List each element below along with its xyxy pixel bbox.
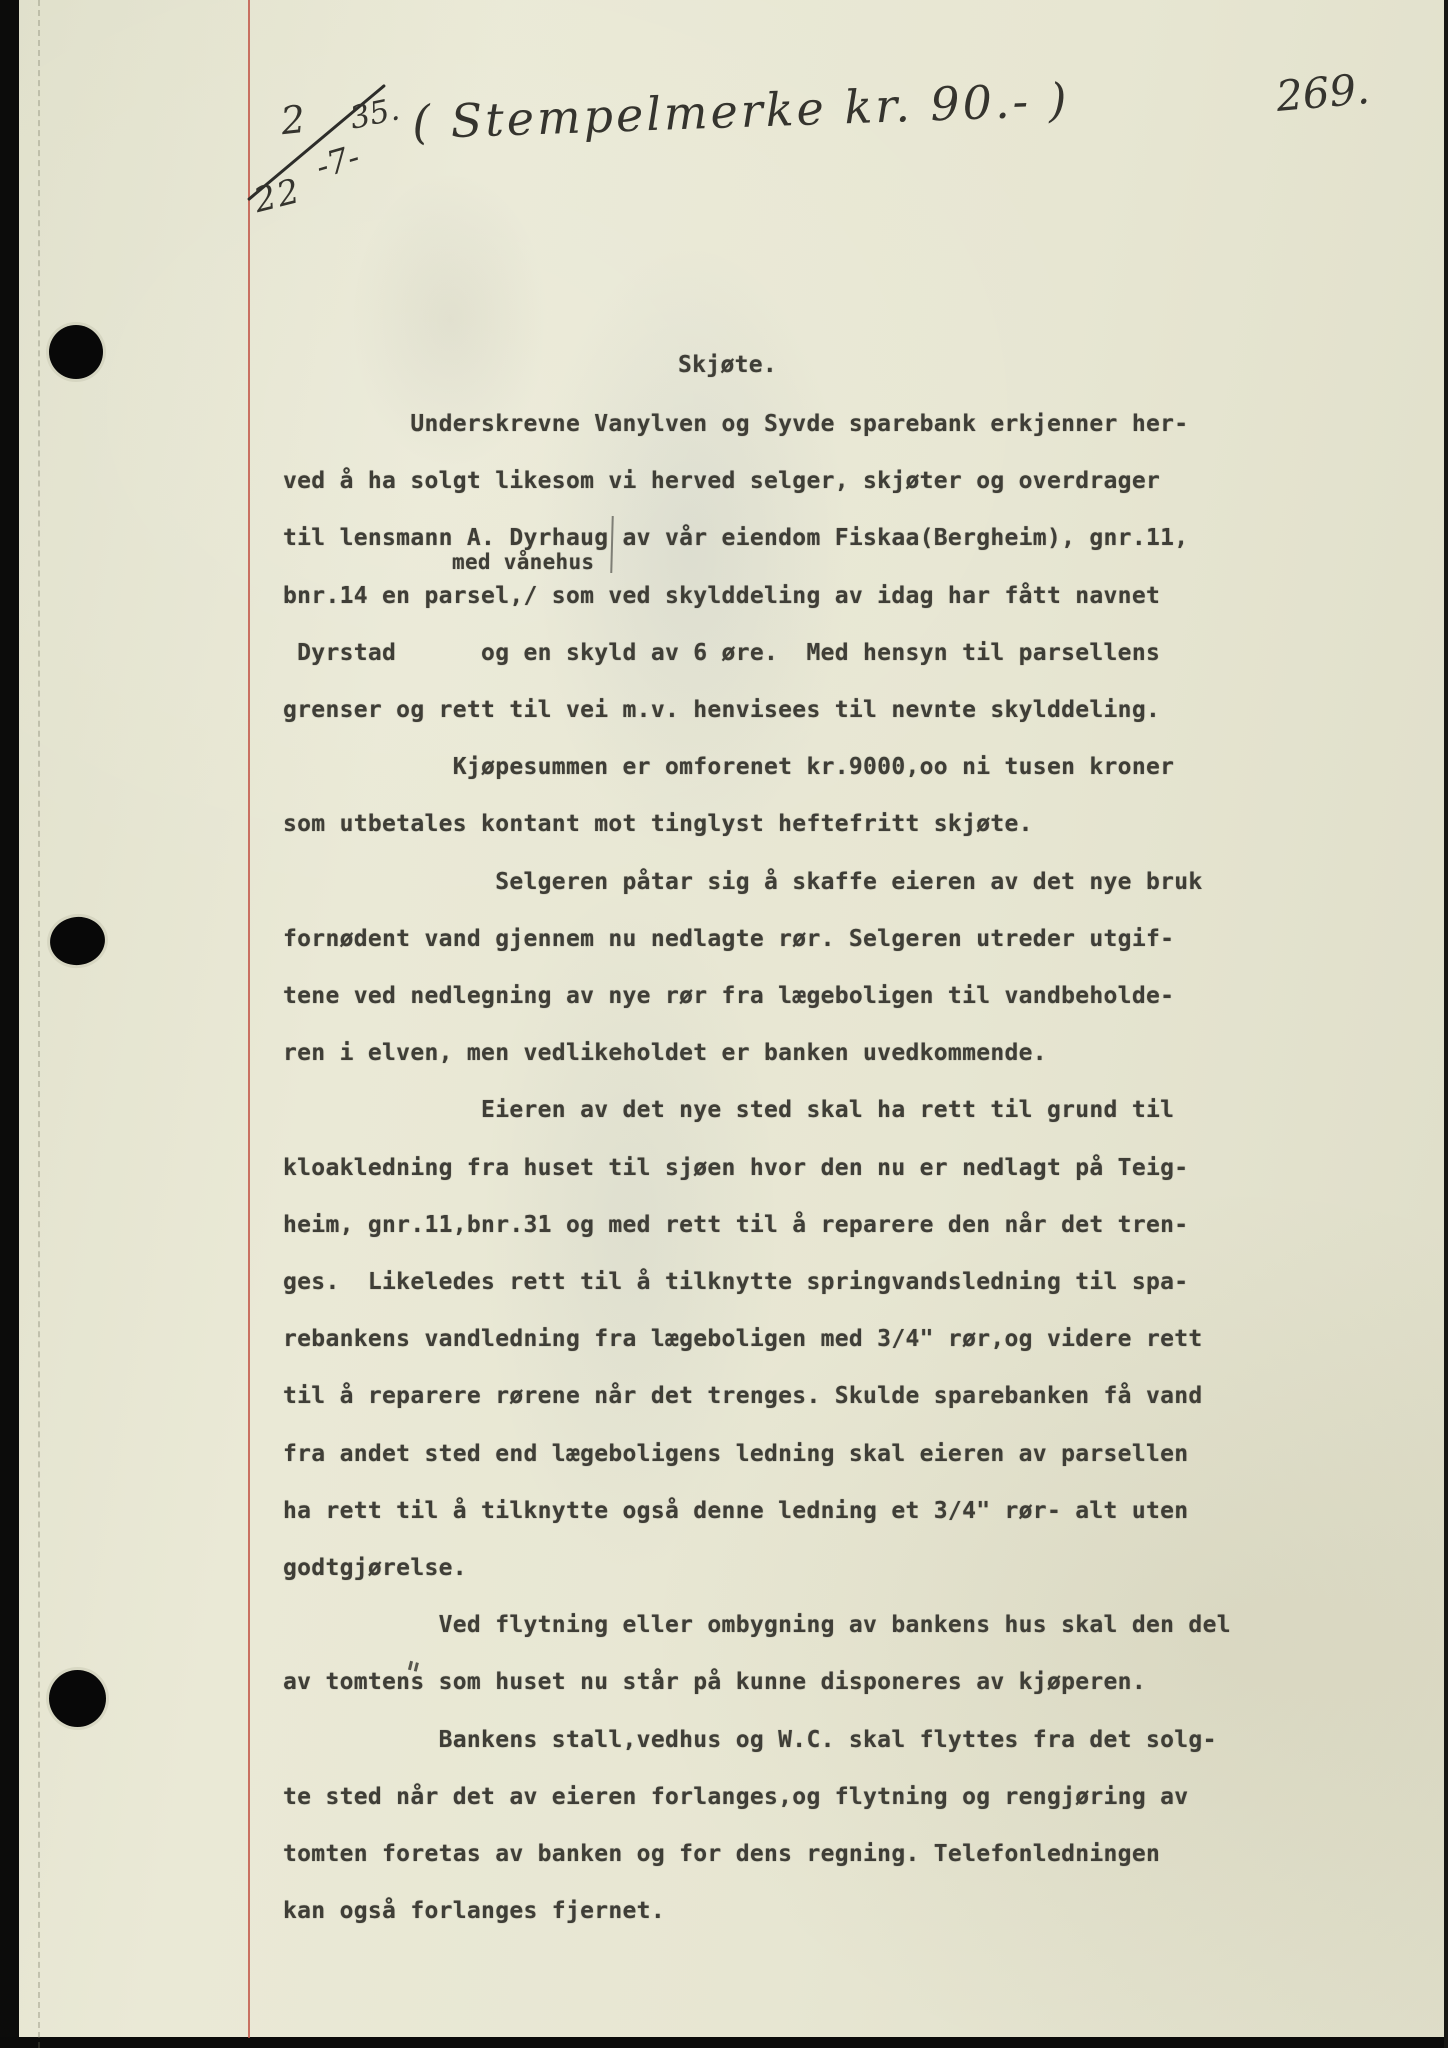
scan-edge-left	[0, 0, 19, 2048]
handwritten-date-day: 22	[250, 171, 306, 221]
typed-line: Dyrstad og en skyld av 6 øre. Med hensyn…	[283, 625, 1231, 682]
punch-hole	[49, 325, 103, 379]
typed-line: kloakledning fra huset til sjøen hvor de…	[283, 1140, 1231, 1197]
typed-line: av tomtens som huset nu står på kunne di…	[283, 1654, 1231, 1711]
typed-line: fornødent vand gjennem nu nedlagte rør. …	[283, 911, 1231, 968]
typed-line: bnr.14 en parsel,/ som ved skylddeling a…	[283, 568, 1231, 625]
punch-hole	[49, 1670, 106, 1727]
typed-line: Kjøpesummen er omforenet kr.9000,oo ni t…	[283, 739, 1231, 796]
perforation-dotted-line	[38, 0, 40, 2048]
typed-line: ges. Likeledes rett til å tilknytte spri…	[283, 1254, 1231, 1311]
typed-line: Bankens stall,vedhus og W.C. skal flytte…	[283, 1712, 1231, 1769]
typed-line: godtgjørelse.	[283, 1540, 1231, 1597]
typed-line: rebankens vandledning fra lægeboligen me…	[283, 1311, 1231, 1368]
page-number: 269.	[1274, 64, 1371, 121]
typed-line: Underskrevne Vanylven og Syvde sparebank…	[283, 396, 1231, 453]
typed-line: Selgeren påtar sig å skaffe eieren av de…	[283, 854, 1231, 911]
typed-line: heim, gnr.11,bnr.31 og med rett til å re…	[283, 1197, 1231, 1254]
typed-line: ha rett til å tilknytte også denne ledni…	[283, 1483, 1231, 1540]
scanned-deed-page: 2 22 -7- 35. ( Stempelmerke kr. 90.- ) 2…	[0, 0, 1448, 2048]
typed-line: fra andet sted end lægeboligens ledning …	[283, 1426, 1231, 1483]
handwritten-entry-number: 2	[279, 97, 308, 143]
typed-line: som utbetales kontant mot tinglyst hefte…	[283, 796, 1231, 853]
typed-line: grenser og rett til vei m.v. henvisees t…	[283, 682, 1231, 739]
handwritten-date-month: -7-	[311, 137, 363, 186]
typed-line: kan også forlanges fjernet.	[283, 1883, 1231, 1940]
typed-text-body: Underskrevne Vanylven og Syvde sparebank…	[283, 396, 1231, 1940]
document-title: Skjøte.	[678, 350, 777, 380]
scan-edge-right	[1444, 0, 1448, 2048]
typed-line: ved å ha solgt likesom vi herved selger,…	[283, 453, 1231, 510]
red-margin-rule	[248, 0, 250, 2038]
punch-hole	[47, 913, 108, 968]
typed-line: ren i elven, men vedlikeholdet er banken…	[283, 1025, 1231, 1082]
stamp-fee-note: ( Stempelmerke kr. 90.- )	[411, 73, 1070, 150]
typed-line: tene ved nedlegning av nye rør fra lægeb…	[283, 968, 1231, 1025]
typed-line: Eieren av det nye sted skal ha rett til …	[283, 1082, 1231, 1139]
typed-line: te sted når det av eieren forlanges,og f…	[283, 1769, 1231, 1826]
scan-edge-bottom	[0, 2037, 1448, 2048]
handwritten-date-year: 35.	[347, 91, 403, 136]
typed-line: til å reparere rørene når det trenges. S…	[283, 1368, 1231, 1425]
typed-line: Ved flytning eller ombygning av bankens …	[283, 1597, 1231, 1654]
typed-line: til lensmann A. Dyrhaug av vår eiendom F…	[283, 510, 1231, 567]
typed-line: tomten foretas av banken og for dens reg…	[283, 1826, 1231, 1883]
